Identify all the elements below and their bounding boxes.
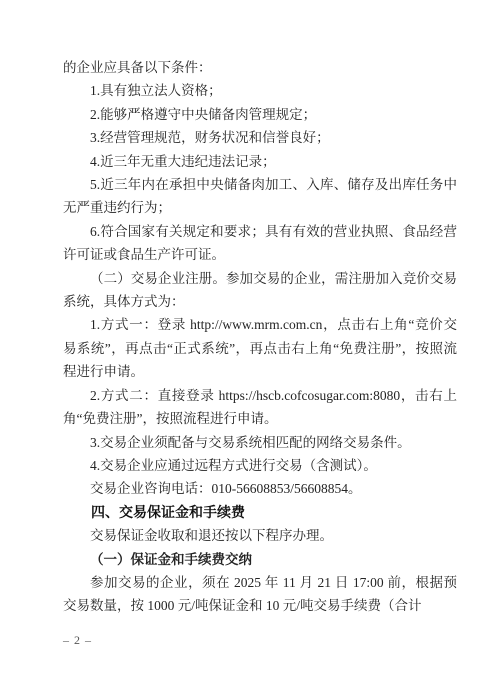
paragraph-line: 交易企业咨询电话：010-56608853/56608854。: [63, 477, 457, 500]
paragraph-line: 3.经营管理规范，财务状况和信誉良好；: [63, 126, 457, 149]
document-body: 的企业应具备以下条件：1.具有独立法人资格；2.能够严格遵守中央储备肉管理规定；…: [63, 56, 457, 618]
page-number: – 2 –: [63, 632, 92, 648]
paragraph-line: 参加交易的企业，须在 2025 年 11 月 21 日 17:00 前，根据预交…: [63, 571, 457, 618]
paragraph-line: 4.交易企业应通过远程方式进行交易（含测试）。: [63, 454, 457, 477]
paragraph-line: 1.方式一：登录 http://www.mrm.com.cn，点击右上角“竞价交…: [63, 313, 457, 383]
paragraph-line: 1.具有独立法人资格；: [63, 79, 457, 102]
paragraph-line: 3.交易企业须配备与交易系统相匹配的网络交易条件。: [63, 431, 457, 454]
paragraph-line: （二）交易企业注册。参加交易的企业，需注册加入竞价交易系统，具体方式为：: [63, 267, 457, 314]
paragraph-line: 6.符合国家有关规定和要求；具有有效的营业执照、食品经营许可证或食品生产许可证。: [63, 220, 457, 267]
section-heading: 四、交易保证金和手续费: [63, 501, 457, 524]
paragraph-line: 5.近三年内在承担中央储备肉加工、入库、储存及出库任务中无严重违约行为；: [63, 173, 457, 220]
document-page: 的企业应具备以下条件：1.具有独立法人资格；2.能够严格遵守中央储备肉管理规定；…: [0, 0, 494, 700]
sub-section-heading: （一）保证金和手续费交纳: [63, 548, 457, 571]
paragraph-line: 2.方式二：直接登录 https://hscb.cofcosugar.com:8…: [63, 384, 457, 431]
paragraph-line: 的企业应具备以下条件：: [63, 56, 457, 79]
paragraph-line: 2.能够严格遵守中央储备肉管理规定；: [63, 103, 457, 126]
paragraph-line: 4.近三年无重大违纪违法记录；: [63, 150, 457, 173]
paragraph-line: 交易保证金收取和退还按以下程序办理。: [63, 524, 457, 547]
